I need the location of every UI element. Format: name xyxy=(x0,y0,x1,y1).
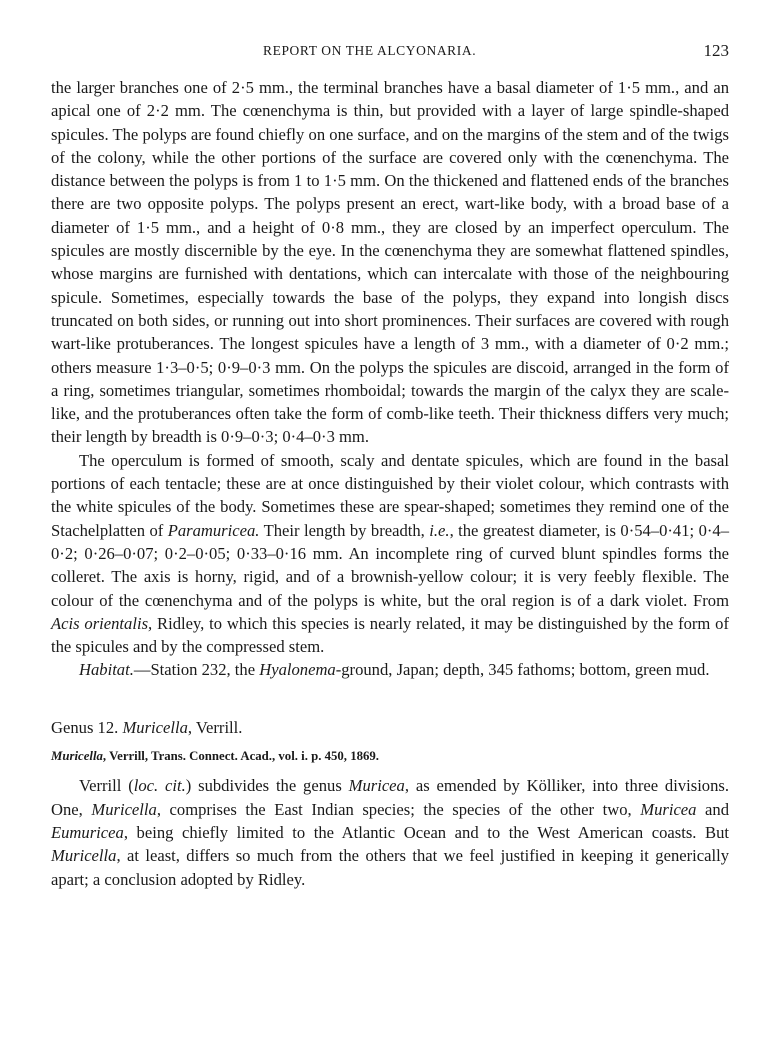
text-run: , at least, differs so much from the oth… xyxy=(51,846,729,888)
italic-text: Hyalonema xyxy=(259,660,336,679)
text-run: Their length by breadth, xyxy=(259,521,429,540)
paragraph-habitat: Habitat.—Station 232, the Hyalonema-grou… xyxy=(51,658,729,681)
page-number: 123 xyxy=(704,41,730,61)
italic-text: Paramuricea. xyxy=(168,521,260,540)
citation-name: Muricella xyxy=(51,749,103,763)
text-run: , comprises the East Indian species; the… xyxy=(157,800,640,819)
italic-text: Habitat. xyxy=(79,660,134,679)
text-run: -ground, Japan; depth, 345 fathoms; bott… xyxy=(336,660,710,679)
italic-text: Eumuricea xyxy=(51,823,124,842)
italic-text: loc. cit. xyxy=(134,776,186,795)
genus-heading-prefix: Genus 12. xyxy=(51,718,122,737)
text-run: , being chiefly limited to the Atlantic … xyxy=(124,823,729,842)
genus-citation: Muricella, Verrill, Trans. Connect. Acad… xyxy=(51,745,729,768)
paragraph-description-continued: the larger branches one of 2·5 mm., the … xyxy=(51,76,729,449)
text-run: the larger branches one of 2·5 mm., the … xyxy=(51,78,729,446)
text-run: Verrill ( xyxy=(79,776,134,795)
running-head: REPORT ON THE ALCYONARIA. 123 xyxy=(51,43,729,63)
text-run: and xyxy=(696,800,729,819)
genus-heading-name: Muricella xyxy=(122,718,187,737)
genus-heading: Genus 12. Muricella, Verrill. xyxy=(51,716,729,739)
text-run: Ridley, to which this species is nearly … xyxy=(51,614,729,656)
body-text: the larger branches one of 2·5 mm., the … xyxy=(51,76,729,891)
italic-text: Acis orientalis, xyxy=(51,614,152,633)
italic-text: Muricea xyxy=(349,776,405,795)
paragraph-verrill-divisions: Verrill (loc. cit.) subdivides the genus… xyxy=(51,774,729,890)
genus-heading-suffix: , Verrill. xyxy=(188,718,243,737)
citation-rest: , Verrill, Trans. Connect. Acad., vol. i… xyxy=(103,749,379,763)
italic-text: Muricea xyxy=(640,800,696,819)
text-run: —Station 232, the xyxy=(134,660,259,679)
italic-text: i.e. xyxy=(429,521,449,540)
paragraph-operculum: The operculum is formed of smooth, scaly… xyxy=(51,449,729,659)
italic-text: Muricella xyxy=(51,846,116,865)
running-head-title: REPORT ON THE ALCYONARIA. xyxy=(263,43,476,59)
italic-text: Muricella xyxy=(91,800,156,819)
text-run: ) subdivides the genus xyxy=(186,776,349,795)
